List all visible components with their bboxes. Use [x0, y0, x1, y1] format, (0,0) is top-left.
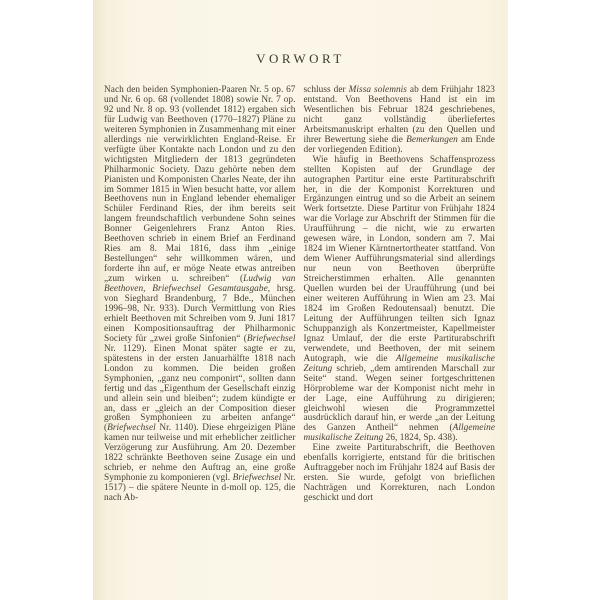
text-column-right: schluss der Missa solemnis ab dem Frühja…: [304, 86, 496, 504]
paragraph: schluss der Missa solemnis ab dem Frühja…: [304, 86, 496, 156]
page-title: VORWORT: [93, 0, 508, 67]
book-page: VORWORT Nach den beiden Symphonien-Paare…: [93, 0, 508, 600]
text-columns: Nach den beiden Symphonien-Paaren Nr. 5 …: [93, 67, 508, 504]
paragraph: Wie häufig in Beethovens Schaffensprozes…: [304, 156, 496, 445]
text-column-left: Nach den beiden Symphonien-Paaren Nr. 5 …: [104, 86, 296, 504]
paragraph: Eine zweite Partiturabschrift, die Beeth…: [304, 444, 496, 504]
paragraph: Nach den beiden Symphonien-Paaren Nr. 5 …: [104, 86, 296, 504]
scan-backdrop: VORWORT Nach den beiden Symphonien-Paare…: [0, 0, 600, 600]
